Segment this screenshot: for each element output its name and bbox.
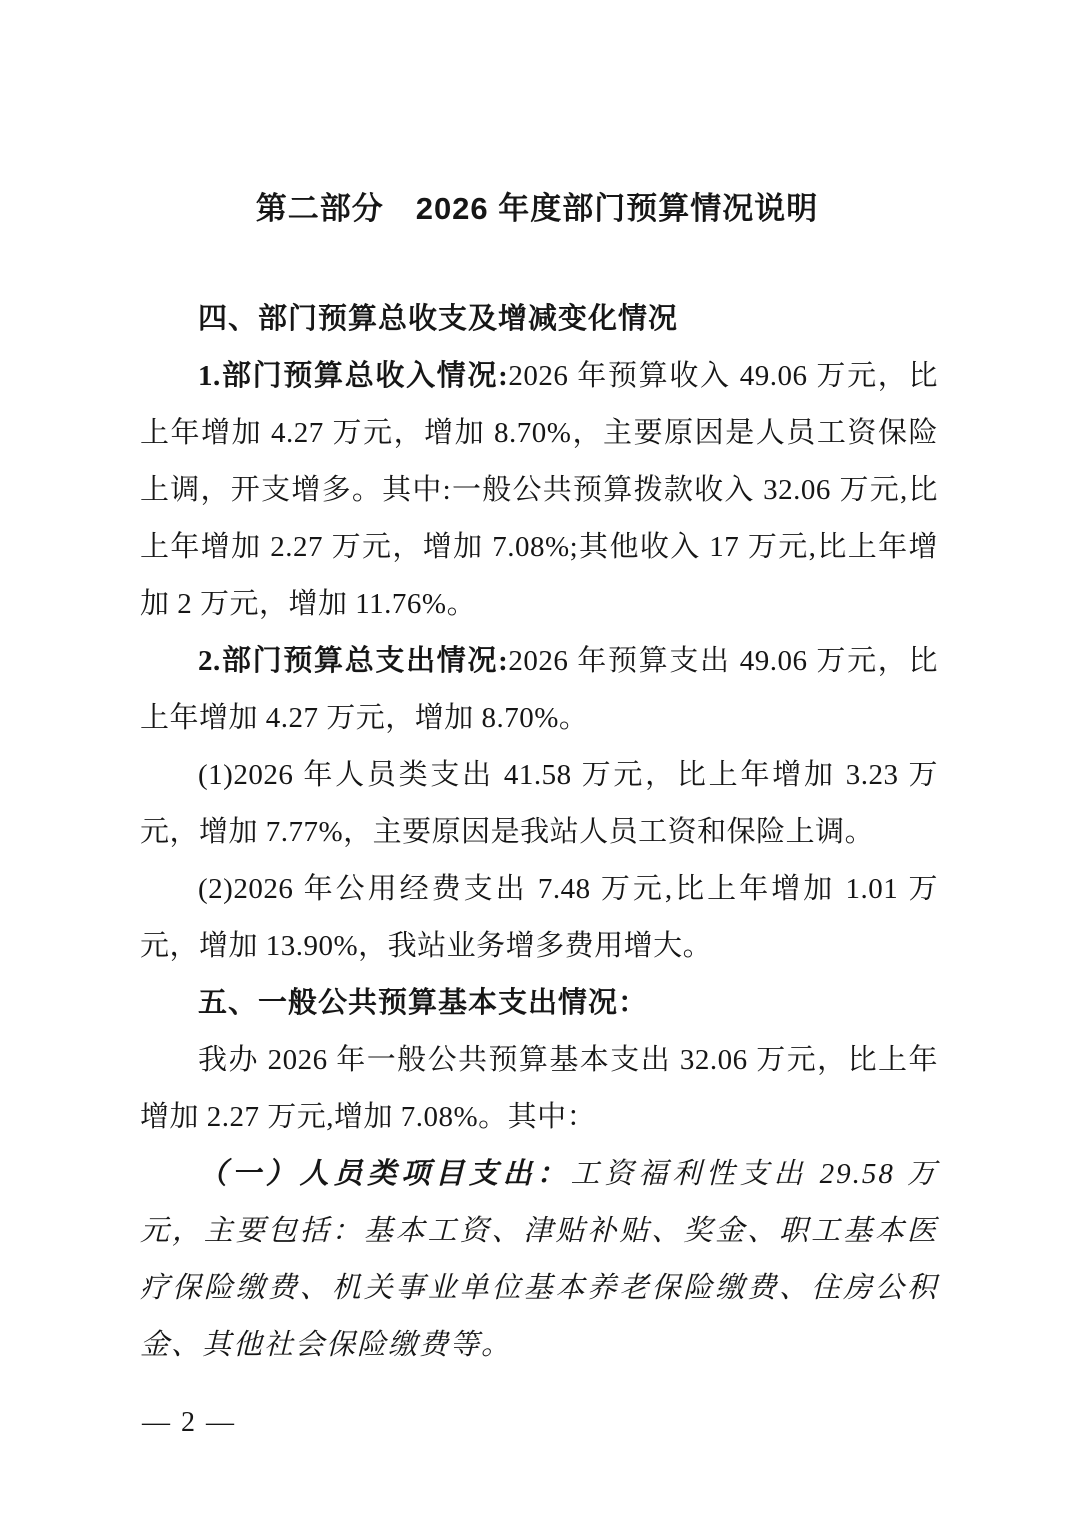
paragraph-total-income: 1.部门预算总收入情况:2026 年预算收入 49.06 万元，比上年增加 4.… xyxy=(140,348,938,633)
section-heading-five: 五、一般公共预算基本支出情况： xyxy=(140,975,938,1032)
paragraph-personnel-items: （一）人员类项目支出：工资福利性支出 29.58 万元，主要包括：基本工资、津贴… xyxy=(140,1146,938,1374)
paragraph-basic-expense: 我办 2026 年一般公共预算基本支出 32.06 万元，比上年增加 2.27 … xyxy=(140,1032,938,1146)
paragraph-total-expense-lead: 2.部门预算总支出情况: xyxy=(198,645,508,677)
paragraph-total-income-lead: 1.部门预算总收入情况: xyxy=(198,360,508,392)
paragraph-personnel-expense: (1)2026 年人员类支出 41.58 万元，比上年增加 3.23 万元，增加… xyxy=(140,747,938,861)
paragraph-personnel-items-lead: （一）人员类项目支出： xyxy=(198,1158,570,1190)
paragraph-public-funds-expense: (2)2026 年公用经费支出 7.48 万元,比上年增加 1.01 万元，增加… xyxy=(140,861,938,975)
page-number: — 2 — xyxy=(142,1404,236,1442)
document-title: 第二部分 2026 年度部门预算情况说明 xyxy=(0,0,1074,229)
paragraph-total-income-text: 2026 年预算收入 49.06 万元，比上年增加 4.27 万元，增加 8.7… xyxy=(140,360,938,620)
paragraph-total-expense: 2.部门预算总支出情况:2026 年预算支出 49.06 万元，比上年增加 4.… xyxy=(140,633,938,747)
section-heading-four: 四、部门预算总收支及增减变化情况 xyxy=(140,291,938,348)
document-body: 四、部门预算总收支及增减变化情况 1.部门预算总收入情况:2026 年预算收入 … xyxy=(140,291,938,1374)
document-page: 第二部分 2026 年度部门预算情况说明 四、部门预算总收支及增减变化情况 1.… xyxy=(0,0,1074,1520)
